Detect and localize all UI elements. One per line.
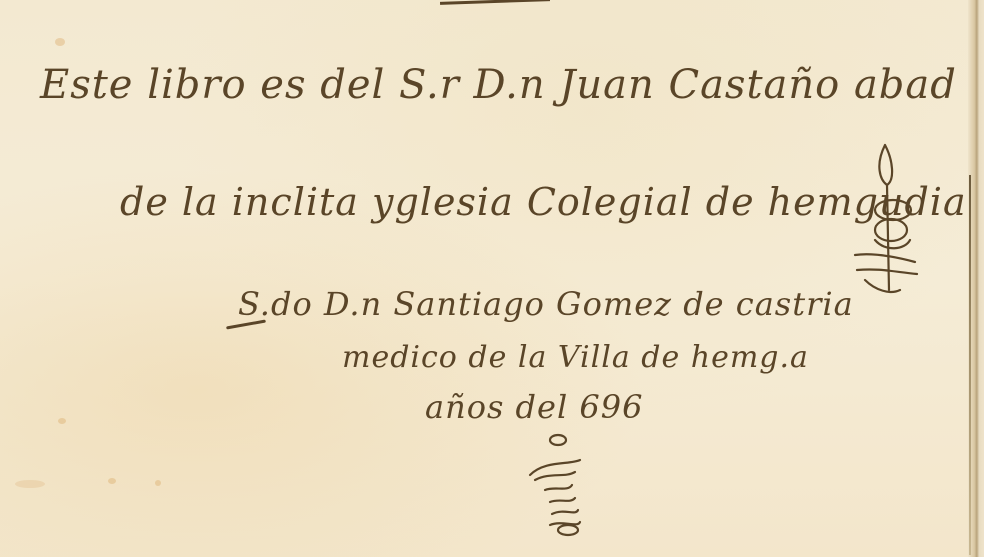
inscription-line-2: de la inclita yglesia Colegial de hemgud…: [120, 180, 967, 224]
signature-rubric-icon: [845, 140, 935, 300]
foxing-spot: [15, 480, 45, 488]
inscription-line-3: S.do D.n Santiago Gomez de castria: [238, 285, 854, 323]
inscription-line-5: años del 696: [425, 388, 643, 426]
foxing-spot: [55, 38, 65, 46]
inscription-line-4: medico de la Villa de hemg.a: [342, 340, 809, 375]
foxing-spot: [155, 480, 161, 486]
page-fold-line: [969, 175, 971, 555]
inscription-line-1: Este libro es del S.r D.n Juan Castaño a…: [40, 62, 984, 108]
bottom-rubric-icon: [520, 430, 600, 540]
foxing-spot: [58, 418, 66, 424]
manuscript-page: Este libro es del S.r D.n Juan Castaño a…: [0, 0, 984, 557]
top-ink-stroke: [440, 0, 550, 5]
foxing-spot: [108, 478, 116, 484]
